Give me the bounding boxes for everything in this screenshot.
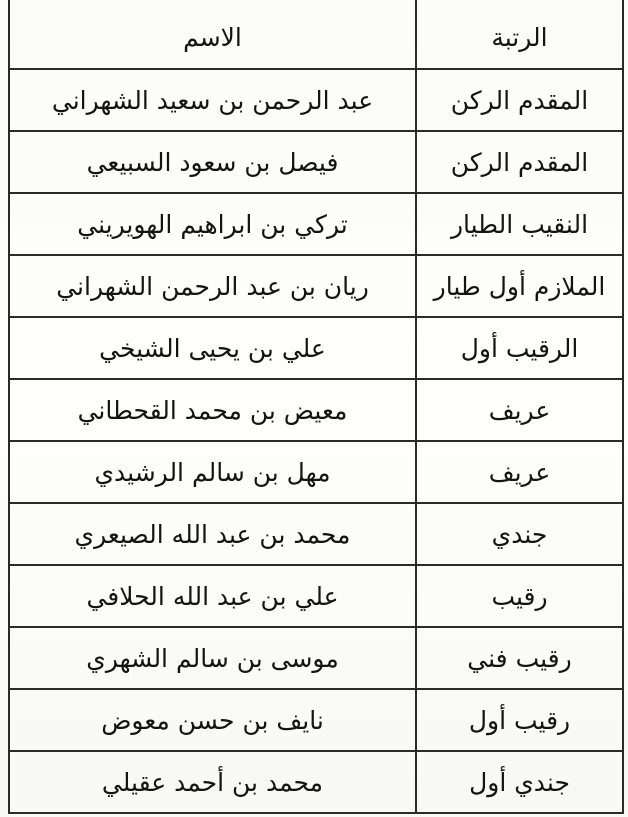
table-row: رقيب فني موسى بن سالم الشهري	[9, 627, 623, 689]
table-row: الملازم أول طيار ريان بن عبد الرحمن الشه…	[9, 255, 623, 317]
name-cell: تركي بن ابراهيم الهويريني	[9, 193, 416, 255]
name-cell: علي بن عبد الله الحلافي	[9, 565, 416, 627]
rank-cell: رقيب أول	[416, 689, 623, 751]
name-cell: ريان بن عبد الرحمن الشهراني	[9, 255, 416, 317]
table-header-row: الرتبة الاسم	[9, 0, 623, 69]
rank-cell: عريف	[416, 379, 623, 441]
rank-cell: الملازم أول طيار	[416, 255, 623, 317]
name-cell: معيض بن محمد القحطاني	[9, 379, 416, 441]
header-name: الاسم	[9, 0, 416, 69]
table-row: رقيب أول نايف بن حسن معوض	[9, 689, 623, 751]
rank-cell: المقدم الركن	[416, 131, 623, 193]
table-row: عريف مهل بن سالم الرشيدي	[9, 441, 623, 503]
rank-cell: رقيب	[416, 565, 623, 627]
name-cell: محمد بن أحمد عقيلي	[9, 751, 416, 813]
rank-cell: عريف	[416, 441, 623, 503]
rank-cell: جندي أول	[416, 751, 623, 813]
rank-cell: رقيب فني	[416, 627, 623, 689]
table-row: عريف معيض بن محمد القحطاني	[9, 379, 623, 441]
table-row: رقيب علي بن عبد الله الحلافي	[9, 565, 623, 627]
name-cell: عبد الرحمن بن سعيد الشهراني	[9, 69, 416, 131]
name-cell: مهل بن سالم الرشيدي	[9, 441, 416, 503]
name-cell: فيصل بن سعود السبيعي	[9, 131, 416, 193]
name-cell: علي بن يحيى الشيخي	[9, 317, 416, 379]
rank-cell: جندي	[416, 503, 623, 565]
table-row: المقدم الركن فيصل بن سعود السبيعي	[9, 131, 623, 193]
rank-cell: الرقيب أول	[416, 317, 623, 379]
personnel-table: الرتبة الاسم المقدم الركن عبد الرحمن بن …	[8, 0, 624, 814]
rank-cell: النقيب الطيار	[416, 193, 623, 255]
table-row: النقيب الطيار تركي بن ابراهيم الهويريني	[9, 193, 623, 255]
table-row: الرقيب أول علي بن يحيى الشيخي	[9, 317, 623, 379]
header-rank: الرتبة	[416, 0, 623, 69]
table-row: جندي أول محمد بن أحمد عقيلي	[9, 751, 623, 813]
document-page: الرتبة الاسم المقدم الركن عبد الرحمن بن …	[0, 0, 628, 817]
table-row: المقدم الركن عبد الرحمن بن سعيد الشهراني	[9, 69, 623, 131]
rank-cell: المقدم الركن	[416, 69, 623, 131]
table-row: جندي محمد بن عبد الله الصيعري	[9, 503, 623, 565]
name-cell: محمد بن عبد الله الصيعري	[9, 503, 416, 565]
name-cell: موسى بن سالم الشهري	[9, 627, 416, 689]
name-cell: نايف بن حسن معوض	[9, 689, 416, 751]
